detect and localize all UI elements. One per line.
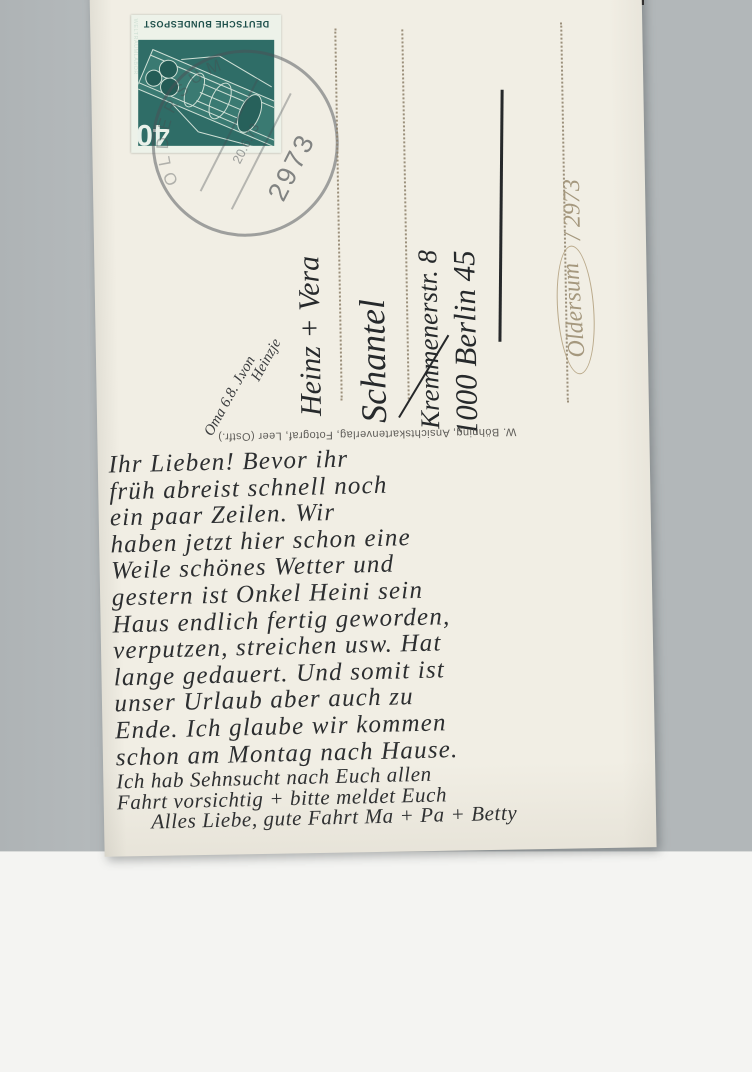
postmark-town-arc: OLDERSUM [149,47,242,195]
message-block: Ihr Lieben! Bevor ihr früh abreist schne… [108,439,651,833]
address-line: Heinz + Vera [290,106,329,417]
dealer-oval-note: Oldersum / 2973 [552,34,595,375]
postcard: 40 WELTRAUMLABOR DEUTSCHE BUNDESPOST OLD… [89,0,656,857]
address-underline [498,90,503,342]
address-line: Kremmenerstr. 8 [409,89,446,429]
dealer-note-suffix: / 2973 [559,179,586,240]
svg-text:OLDERSUM: OLDERSUM [149,47,242,195]
address-line: Schantel [348,123,395,424]
oval-outline: Oldersum [553,245,599,376]
postcard-back: 40 WELTRAUMLABOR DEUTSCHE BUNDESPOST OLD… [89,0,656,857]
stamp-country-label: DEUTSCHE BUNDESPOST [131,19,281,29]
address-line: 1000 Berlin 45 [443,66,485,437]
scan-background-lower [0,851,752,1072]
address-dotted-line [401,29,409,399]
